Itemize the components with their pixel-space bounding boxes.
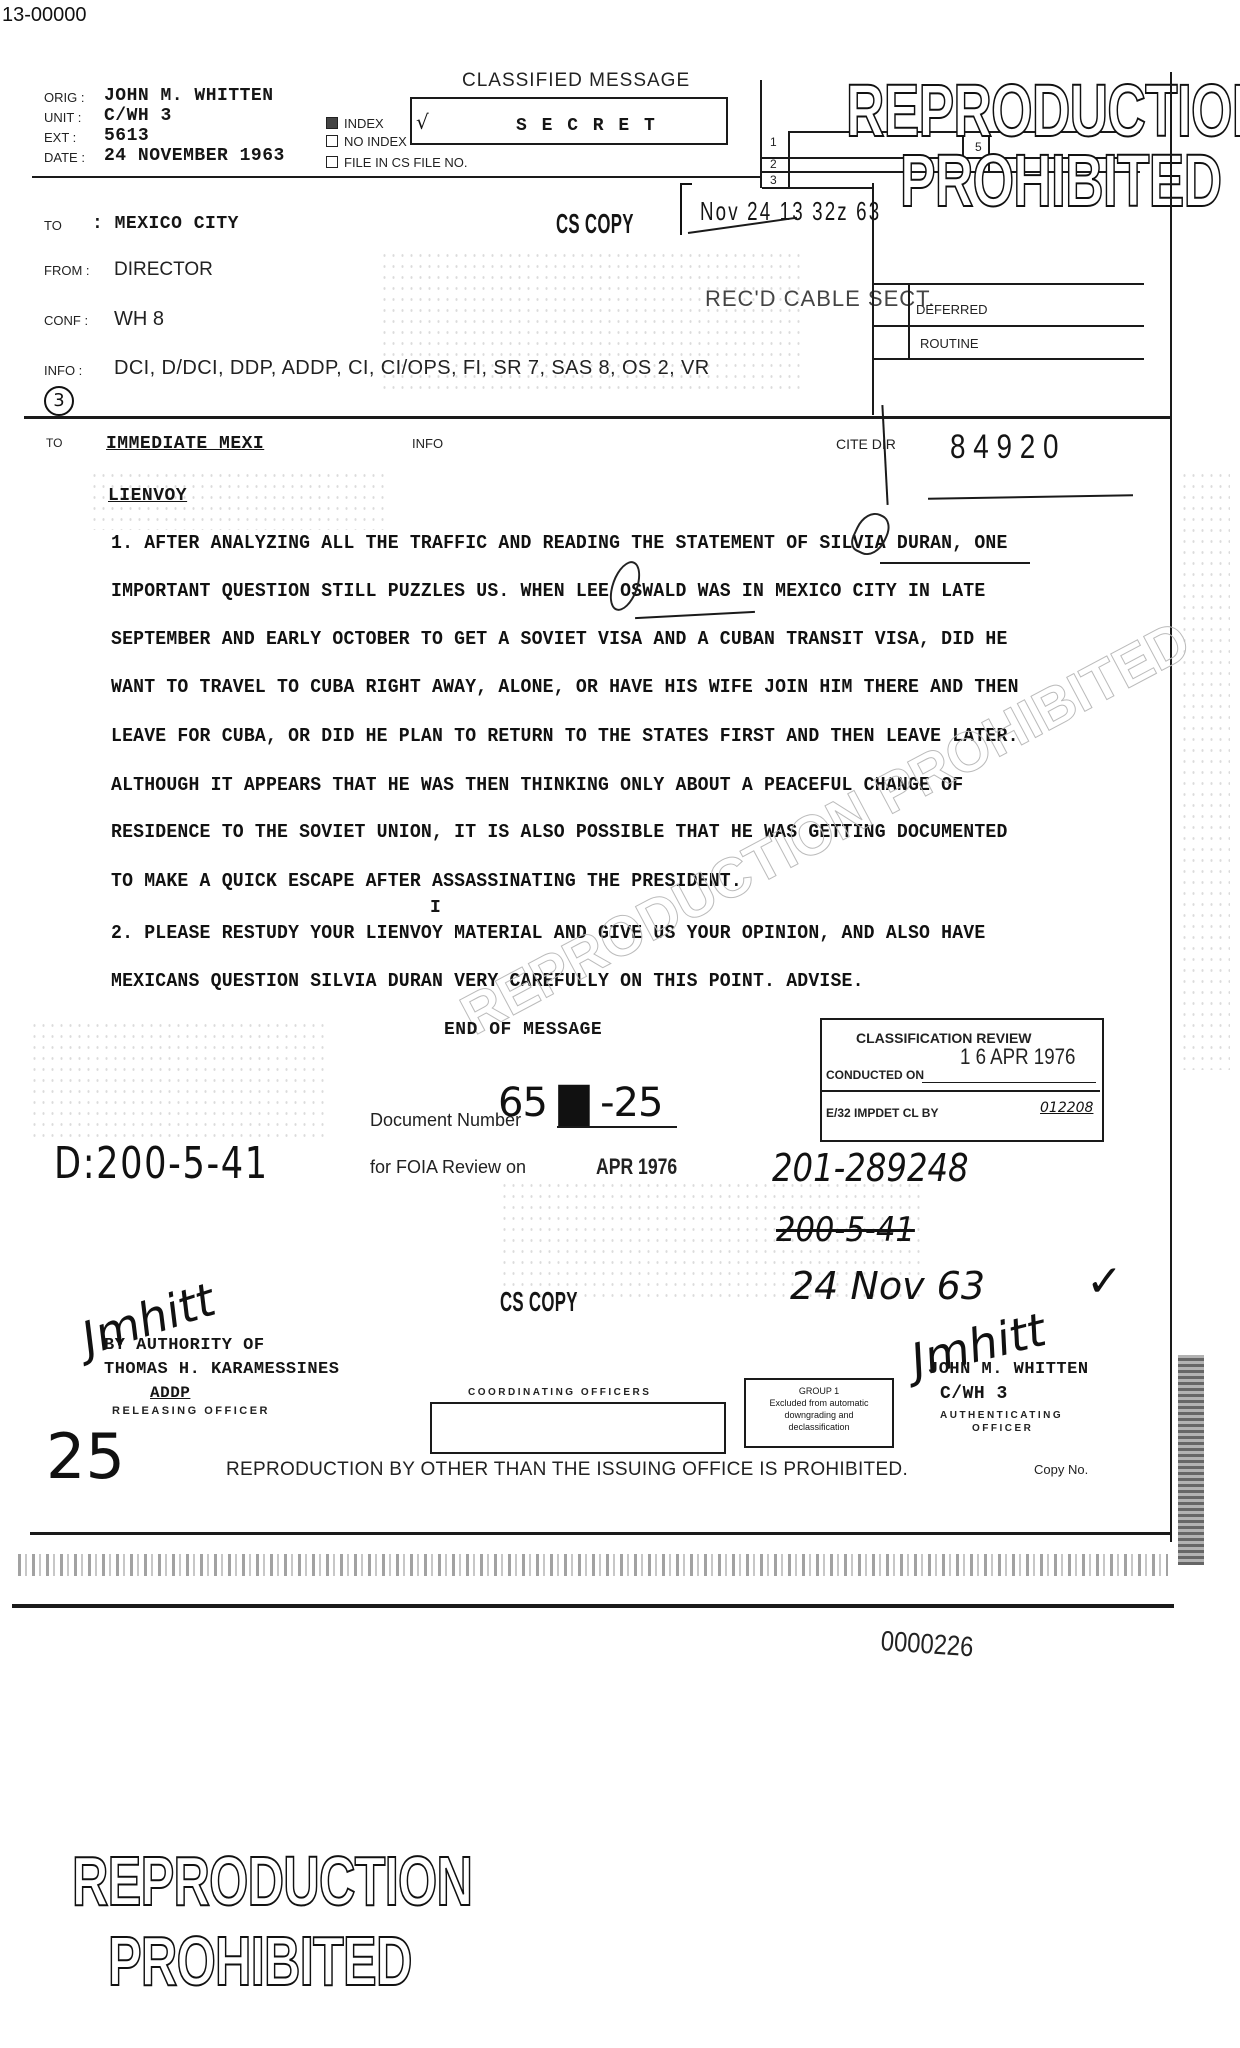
cs-copy-stamp-2: CS COPY (500, 1286, 578, 1318)
ext-label: EXT : (44, 130, 76, 145)
body-line: LEAVE FOR CUBA, OR DID HE PLAN TO RETURN… (111, 725, 1019, 747)
scan-noise (30, 1020, 330, 1140)
section-rule (24, 416, 1170, 419)
time-stamp-bracket (680, 183, 692, 235)
body-line: IMPORTANT QUESTION STILL PUZZLES US. WHE… (111, 580, 985, 602)
group-line: declassification (746, 1421, 892, 1433)
releasing-officer-label: RELEASING OFFICER (112, 1405, 270, 1417)
end-of-message: END OF MESSAGE (444, 1020, 602, 1040)
conducted-label: CONDUCTED ON (826, 1068, 924, 1082)
foia-label: for FOIA Review on (370, 1157, 526, 1178)
authenticating-label-1: AUTHENTICATING (940, 1410, 1063, 1421)
recd-cable-stamp: REC'D CABLE SECT. (705, 286, 935, 312)
no-index-label: NO INDEX (344, 134, 407, 149)
message-to-value: IMMEDIATE MEXI (106, 434, 264, 454)
orig-value: JOHN M. WHITTEN (104, 86, 274, 106)
prohibited-stamp-bottom: PROHIBITED (108, 1926, 412, 1996)
file-number-right: 201-289248 (772, 1146, 969, 1190)
file-number-left: D:200-5-41 (54, 1138, 269, 1189)
document-number-value: 65 ▇ -25 (498, 1080, 662, 1126)
body-line: WANT TO TRAVEL TO CUBA RIGHT AWAY, ALONE… (111, 676, 1019, 698)
ext-value: 5613 (104, 126, 149, 146)
precedence-col (908, 283, 910, 360)
scan-noise (1180, 470, 1230, 1070)
reproduction-notice: REPRODUCTION BY OTHER THAN THE ISSUING O… (226, 1459, 908, 1481)
conf-value: WH 8 (114, 308, 164, 331)
orig-label: ORIG : (44, 90, 84, 105)
routing-line (762, 187, 872, 189)
file-in-cs-label: FILE IN CS FILE NO. (344, 155, 468, 170)
reproduction-stamp-bottom: REPRODUCTION (72, 1846, 472, 1916)
precedence-deferred: DEFERRED (916, 302, 988, 317)
impdet-value: 012208 (1040, 1100, 1093, 1116)
classification-label: S E C R E T (516, 116, 657, 136)
authenticating-title: C/WH 3 (940, 1384, 1008, 1404)
message-slug: LIENVOY (108, 486, 187, 506)
time-stamp: Nov 24 13 32z 63 (700, 196, 881, 227)
precedence-line (872, 358, 1144, 360)
handwritten-underline (880, 562, 1030, 564)
unit-value: C/WH 3 (104, 106, 172, 126)
index-checkbox[interactable]: INDEX (326, 116, 384, 131)
conf-label: CONF : (44, 313, 88, 328)
conducted-date: 1 6 APR 1976 (960, 1044, 1075, 1070)
file-in-cs-checkbox[interactable]: FILE IN CS FILE NO. (326, 155, 468, 170)
file-number-struck: 200-5-41 (776, 1210, 915, 1250)
message-to-label: TO (46, 436, 62, 450)
checkbox-icon (326, 135, 338, 147)
routing-number: 1 (770, 135, 777, 149)
reproduction-stamp-top: REPRODUCTION (846, 74, 1240, 148)
circled-number: 3 (44, 386, 74, 416)
cite-label: CITE DIR (836, 436, 896, 452)
review-divider (822, 1090, 1100, 1092)
document-number-label: Document Number (370, 1110, 521, 1131)
group-1-box: GROUP 1 Excluded from automatic downgrad… (744, 1378, 894, 1448)
copy-number-label: Copy No. (1034, 1462, 1088, 1477)
no-index-checkbox[interactable]: NO INDEX (326, 134, 407, 149)
info-label: INFO : (44, 363, 82, 378)
to-value: : MEXICO CITY (92, 214, 239, 234)
precedence-routine: ROUTINE (920, 336, 979, 351)
index-label: INDEX (344, 116, 384, 131)
cs-copy-stamp: CS COPY (556, 208, 634, 240)
precedence-line (872, 325, 1144, 327)
handwritten-check: ✓ (1086, 1256, 1123, 1307)
date-value: 24 NOVEMBER 1963 (104, 146, 285, 166)
coordinating-officers-box (430, 1402, 726, 1454)
cite-divider (881, 405, 888, 505)
impdet-label: E/32 IMPDET CL BY (826, 1106, 938, 1120)
page-stamp: 0000226 (880, 1625, 975, 1663)
page-count: 25 (46, 1420, 125, 1493)
precedence-col-left (872, 183, 874, 415)
check-mark: √ (416, 110, 429, 134)
from-label: FROM : (44, 263, 90, 278)
message-info-label: INFO (412, 436, 443, 451)
checkbox-icon (326, 156, 338, 168)
right-border (1170, 72, 1172, 1542)
precedence-line (872, 283, 1144, 285)
cite-number: 8 4 9 2 0 (950, 428, 1059, 467)
group-line: GROUP 1 (746, 1385, 892, 1397)
authenticating-label-2: OFFICER (972, 1423, 1033, 1434)
unit-label: UNIT : (44, 110, 81, 125)
routing-number: 3 (770, 173, 777, 187)
foia-date: APR 1976 (596, 1154, 677, 1180)
torn-edge-band (18, 1554, 1168, 1576)
header-rule (32, 176, 762, 178)
form-title: CLASSIFIED MESSAGE (462, 70, 690, 92)
document-number-underline (557, 1126, 677, 1128)
info-value: DCI, D/DCI, DDP, ADDP, CI, CI/OPS, FI, S… (114, 357, 710, 380)
prohibited-stamp-top: PROHIBITED (900, 144, 1221, 218)
document-id: 13-00000 (2, 4, 87, 27)
body-line: SEPTEMBER AND EARLY OCTOBER TO GET A SOV… (111, 628, 1008, 650)
conducted-underline (922, 1082, 1096, 1083)
routing-col (788, 131, 790, 189)
cite-underline (928, 494, 1133, 500)
from-value: DIRECTOR (114, 259, 213, 281)
handwritten-date: 24 Nov 63 (790, 1264, 985, 1308)
releasing-authority: BY AUTHORITY OF (104, 1336, 265, 1355)
releasing-title: ADDP (150, 1384, 190, 1402)
footer-rule-top (30, 1532, 1170, 1535)
to-label: TO (44, 218, 62, 233)
routing-number: 2 (770, 157, 777, 171)
date-label: DATE : (44, 150, 85, 165)
group-line: Excluded from automatic (746, 1397, 892, 1409)
group-line: downgrading and (746, 1409, 892, 1421)
coordinating-officers-label: COORDINATING OFFICERS (468, 1387, 651, 1398)
checkbox-icon (326, 117, 338, 129)
handwritten-underline (635, 611, 755, 619)
scan-edge-artifact (1178, 1355, 1204, 1565)
footer-rule-bottom (12, 1604, 1174, 1608)
margin-mark: I (430, 898, 441, 918)
authenticating-name: JOHN M. WHITTEN (928, 1360, 1089, 1379)
releasing-name: THOMAS H. KARAMESSINES (104, 1360, 339, 1379)
